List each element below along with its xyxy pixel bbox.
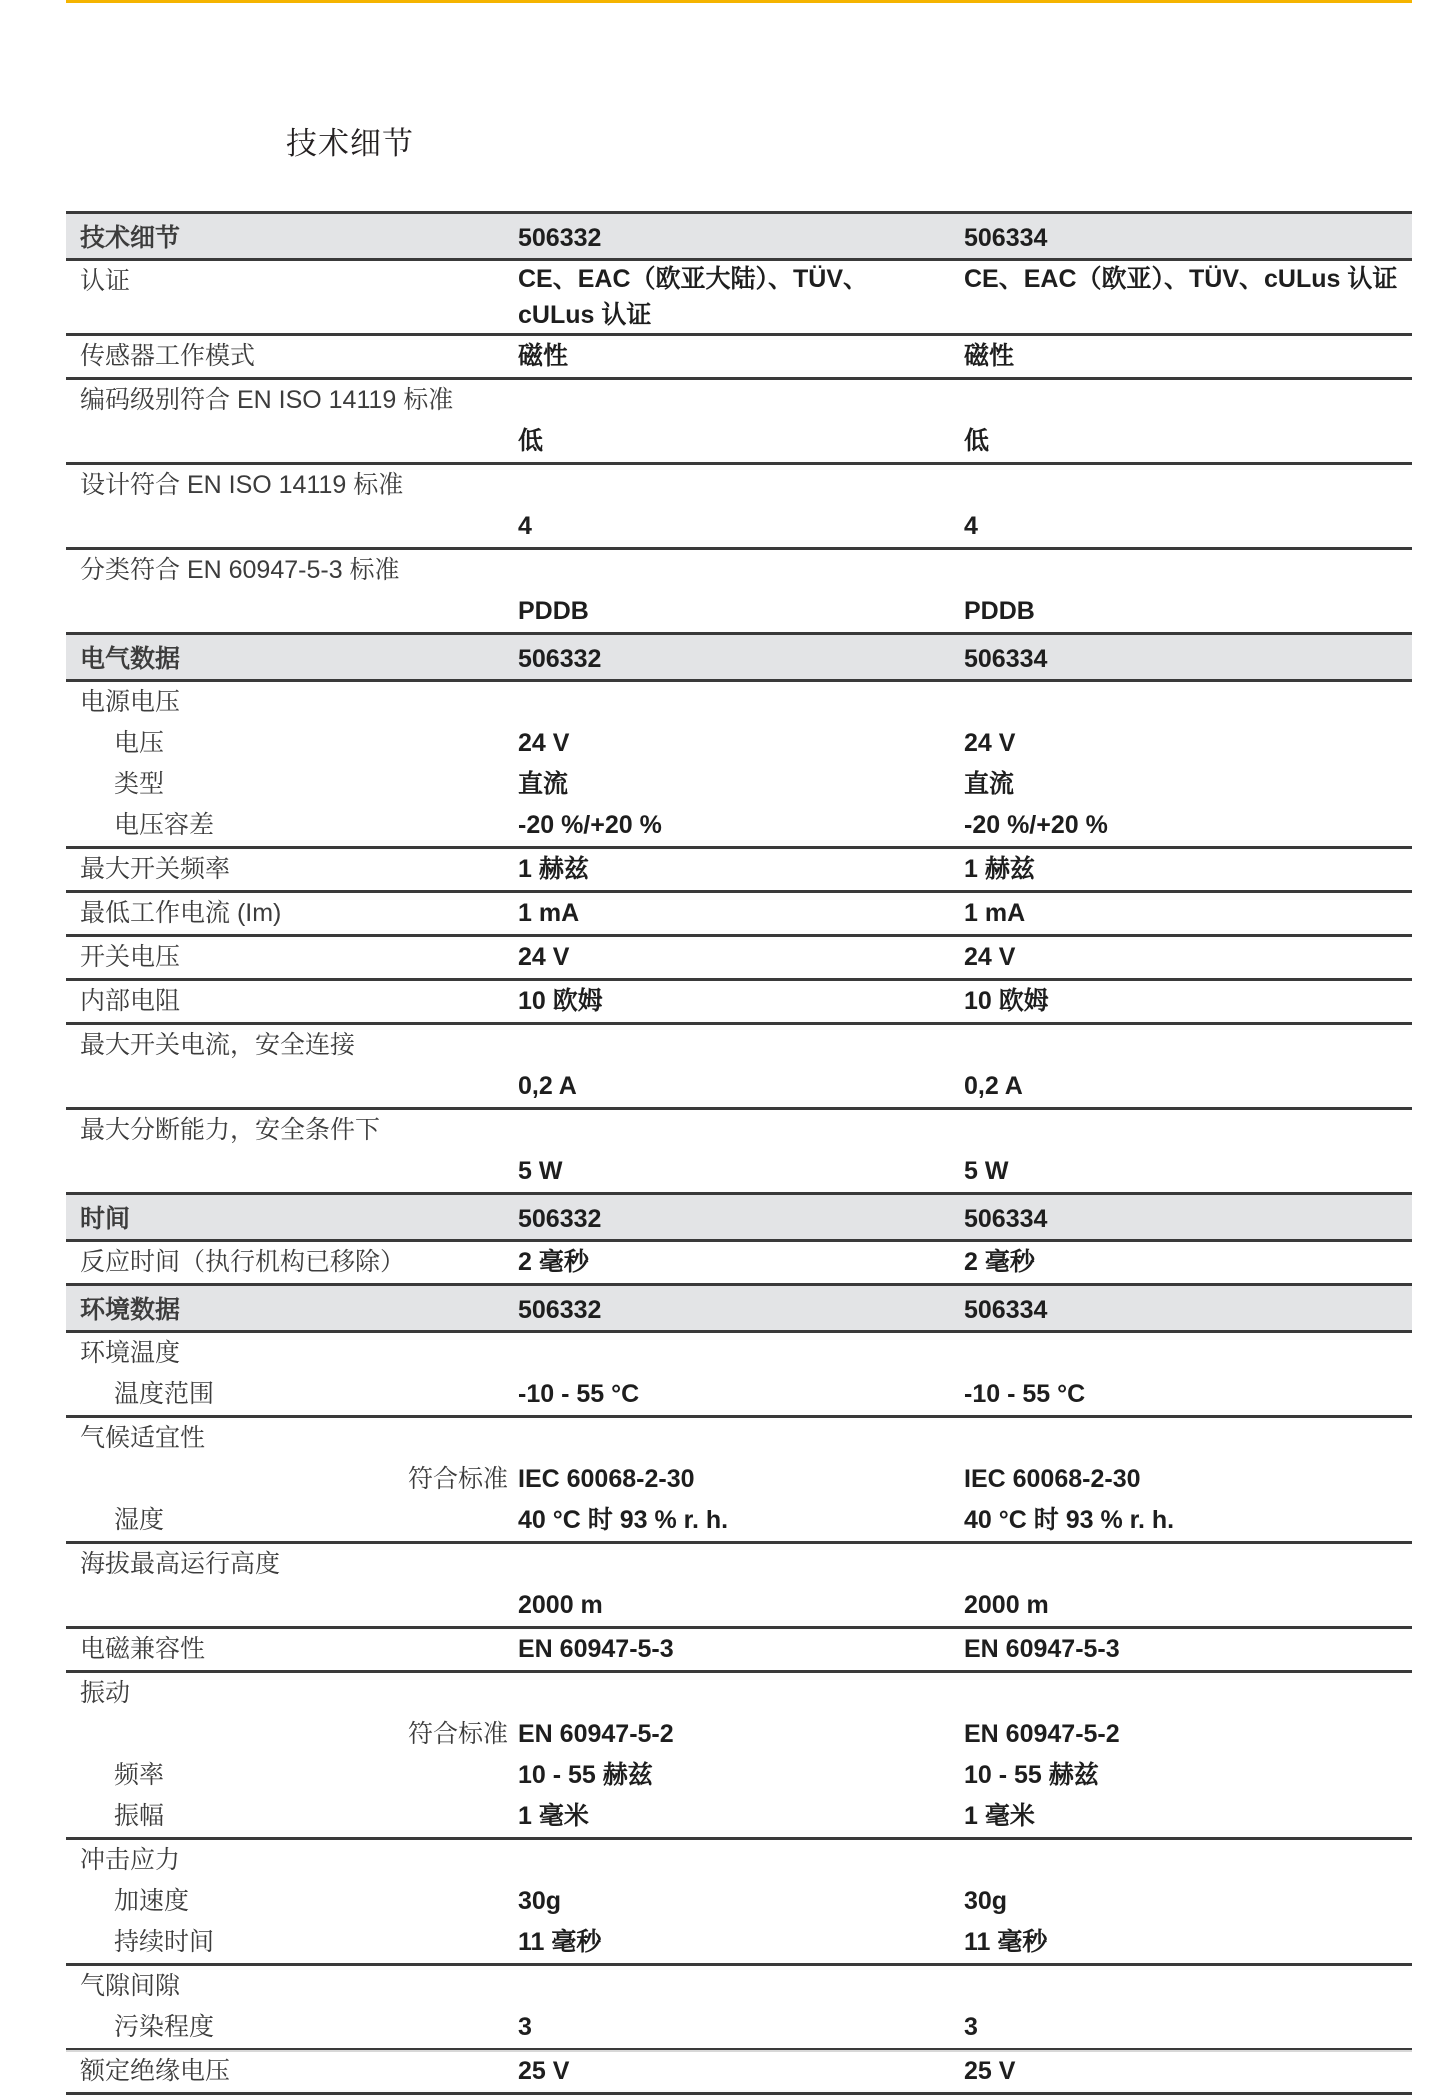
spec-label-cell: 环境温度温度范围 <box>66 1333 518 1415</box>
spec-value: -10 - 55 °C <box>964 1374 1412 1415</box>
spec-value: 25 V <box>964 2051 1412 2092</box>
spec-value-cell-506332: 1 mA <box>518 893 964 934</box>
spec-value-cell-506332: CE、EAC（欧亚大陆）、TÜV、cULus 认证 <box>518 261 964 333</box>
spec-value: 0,2 A <box>964 1066 1412 1107</box>
spec-value <box>518 1966 964 2007</box>
spec-value: 4 <box>964 506 1412 547</box>
spec-label: 电源电压 <box>80 682 518 723</box>
spec-label: 开关电压 <box>80 937 518 978</box>
spec-value: 磁性 <box>964 336 1412 377</box>
spec-value: 10 - 55 赫兹 <box>964 1755 1412 1796</box>
spec-value <box>518 1333 964 1374</box>
spec-value: 40 °C 时 93 % r. h. <box>964 1500 1412 1541</box>
spec-value-cell-506332: 低 <box>518 380 964 462</box>
spec-sublabel: 温度范围 <box>80 1374 518 1415</box>
spec-value: 磁性 <box>518 336 964 377</box>
spec-value: PDDB <box>964 591 1412 632</box>
spec-value: 2000 m <box>964 1585 1412 1626</box>
spec-value-cell-506332: 30g11 毫秒 <box>518 1840 964 1963</box>
spec-value: 低 <box>964 421 1412 462</box>
spec-label: 环境温度 <box>80 1333 518 1374</box>
spec-value-cell-506332: 2000 m <box>518 1544 964 1626</box>
spec-value: PDDB <box>518 591 964 632</box>
spec-row: 内部电阻10 欧姆10 欧姆 <box>66 981 1412 1025</box>
spec-label: 气隙间隙 <box>80 1966 518 2007</box>
spec-value <box>964 1673 1412 1714</box>
spec-value: 11 毫秒 <box>964 1922 1412 1963</box>
spec-label-cell: 电源电压电压类型电压容差 <box>66 682 518 846</box>
spec-value: 30g <box>964 1881 1412 1922</box>
spec-value-cell-506332: EN 60947-5-210 - 55 赫兹1 毫米 <box>518 1673 964 1837</box>
spec-value: 24 V <box>964 937 1412 978</box>
section-title: 电气数据 <box>80 635 518 679</box>
spec-label-cell: 分类符合 EN 60947-5-3 标准 <box>66 550 518 632</box>
spec-row: 设计符合 EN ISO 14119 标准44 <box>66 465 1412 550</box>
spec-label-cell: 反应时间（执行机构已移除） <box>66 1242 518 1283</box>
spec-value-cell-506334: -10 - 55 °C <box>964 1333 1412 1415</box>
bottom-rule <box>66 2050 1412 2052</box>
spec-label-cell: 最大分断能力，安全条件下 <box>66 1110 518 1192</box>
spec-value: IEC 60068-2-30 <box>518 1459 964 1500</box>
spec-value-cell-506334: 1 mA <box>964 893 1412 934</box>
spec-value <box>518 682 964 723</box>
spec-value <box>518 380 964 421</box>
spec-value: 30g <box>518 1881 964 1922</box>
spec-label-cell: 编码级别符合 EN ISO 14119 标准 <box>66 380 518 462</box>
spec-value <box>518 465 964 506</box>
spec-row: 反应时间（执行机构已移除）2 毫秒2 毫秒 <box>66 1242 1412 1286</box>
spec-label: 海拔最高运行高度 <box>80 1544 518 1585</box>
spec-value-cell-506332: 1 赫兹 <box>518 849 964 890</box>
spec-label: 编码级别符合 EN ISO 14119 标准 <box>80 380 518 421</box>
spec-label: 反应时间（执行机构已移除） <box>80 1242 518 1283</box>
spec-row: 开关电压24 V24 V <box>66 937 1412 981</box>
spec-row: 认证CE、EAC（欧亚大陆）、TÜV、cULus 认证CE、EAC（欧亚）、TÜ… <box>66 261 1412 336</box>
spec-value-cell-506334: 3 <box>964 1966 1412 2048</box>
spec-value: 10 欧姆 <box>518 981 964 1022</box>
spec-row: 海拔最高运行高度2000 m2000 m <box>66 1544 1412 1629</box>
spec-label <box>80 1585 518 1626</box>
product-column-header: 506332 <box>518 1286 964 1330</box>
spec-value: EN 60947-5-3 <box>518 1629 964 1670</box>
spec-value <box>964 1025 1412 1066</box>
spec-label-cell: 开关电压 <box>66 937 518 978</box>
spec-row: 气隙间隙污染程度33 <box>66 1966 1412 2051</box>
spec-sublabel: 频率 <box>80 1755 518 1796</box>
spec-row: 电源电压电压类型电压容差24 V直流-20 %/+20 %24 V直流-20 %… <box>66 682 1412 849</box>
section-header-row: 电气数据506332506334 <box>66 635 1412 682</box>
spec-value-cell-506334: 24 V直流-20 %/+20 % <box>964 682 1412 846</box>
spec-label-cell: 最大开关频率 <box>66 849 518 890</box>
spec-label: 冲击应力 <box>80 1840 518 1881</box>
spec-label-cell: 认证 <box>66 261 518 333</box>
product-column-header: 506332 <box>518 214 964 258</box>
spec-value: 1 mA <box>964 893 1412 934</box>
spec-label: 传感器工作模式 <box>80 336 518 377</box>
top-accent-rule <box>66 0 1412 3</box>
spec-value <box>518 1840 964 1881</box>
spec-row: 电磁兼容性EN 60947-5-3EN 60947-5-3 <box>66 1629 1412 1673</box>
spec-value-cell-506332: 0,2 A <box>518 1025 964 1107</box>
spec-row: 分类符合 EN 60947-5-3 标准PDDBPDDB <box>66 550 1412 635</box>
spec-label-cell: 气隙间隙污染程度 <box>66 1966 518 2048</box>
spec-label-cell: 海拔最高运行高度 <box>66 1544 518 1626</box>
spec-value-cell-506332: -10 - 55 °C <box>518 1333 964 1415</box>
spec-table: 技术细节506332506334认证CE、EAC（欧亚大陆）、TÜV、cULus… <box>66 211 1412 2095</box>
spec-label: 额定绝缘电压 <box>80 2051 518 2092</box>
spec-value <box>964 1840 1412 1881</box>
spec-value-cell-506334: EN 60947-5-210 - 55 赫兹1 毫米 <box>964 1673 1412 1837</box>
spec-value: IEC 60068-2-30 <box>964 1459 1412 1500</box>
section-title: 技术细节 <box>80 214 518 258</box>
spec-value <box>518 1110 964 1151</box>
spec-label: 符合标准 <box>80 1459 518 1500</box>
section-title: 环境数据 <box>80 1286 518 1330</box>
spec-label: 最大开关电流，安全连接 <box>80 1025 518 1066</box>
spec-value: 10 欧姆 <box>964 981 1412 1022</box>
spec-value <box>964 465 1412 506</box>
spec-value-cell-506332: IEC 60068-2-3040 °C 时 93 % r. h. <box>518 1418 964 1541</box>
spec-value-cell-506332: 4 <box>518 465 964 547</box>
spec-sublabel: 持续时间 <box>80 1922 518 1963</box>
spec-label-cell: 最低工作电流 (Im) <box>66 893 518 934</box>
spec-sublabel: 污染程度 <box>80 2007 518 2048</box>
spec-value: 1 mA <box>518 893 964 934</box>
spec-value: 24 V <box>964 723 1412 764</box>
spec-label <box>80 591 518 632</box>
spec-label-cell: 额定绝缘电压 <box>66 2051 518 2092</box>
spec-row: 振动符合标准频率振幅EN 60947-5-210 - 55 赫兹1 毫米EN 6… <box>66 1673 1412 1840</box>
spec-sublabel: 加速度 <box>80 1881 518 1922</box>
spec-label <box>80 421 518 462</box>
spec-value <box>964 1966 1412 2007</box>
spec-value: 24 V <box>518 937 964 978</box>
spec-value: CE、EAC（欧亚大陆）、TÜV、cULus 认证 <box>518 261 944 333</box>
spec-sublabel: 类型 <box>80 764 518 805</box>
spec-value-cell-506332: 磁性 <box>518 336 964 377</box>
spec-label: 振动 <box>80 1673 518 1714</box>
spec-value: 11 毫秒 <box>518 1922 964 1963</box>
spec-value <box>518 1673 964 1714</box>
product-column-header: 506332 <box>518 635 964 679</box>
spec-value: 1 赫兹 <box>518 849 964 890</box>
spec-value: 2 毫秒 <box>964 1242 1412 1283</box>
spec-value-cell-506332: 5 W <box>518 1110 964 1192</box>
spec-value: 0,2 A <box>518 1066 964 1107</box>
spec-value: 3 <box>518 2007 964 2048</box>
spec-value-cell-506334: 1 赫兹 <box>964 849 1412 890</box>
spec-value <box>964 380 1412 421</box>
spec-value-cell-506334: IEC 60068-2-3040 °C 时 93 % r. h. <box>964 1418 1412 1541</box>
spec-value <box>518 550 964 591</box>
spec-value: 3 <box>964 2007 1412 2048</box>
spec-label <box>80 1151 518 1192</box>
spec-label-cell: 气候适宜性符合标准湿度 <box>66 1418 518 1541</box>
product-column-header: 506334 <box>964 635 1412 679</box>
spec-value-cell-506332: EN 60947-5-3 <box>518 1629 964 1670</box>
spec-value <box>518 1025 964 1066</box>
page-title: 技术细节 <box>286 118 414 163</box>
spec-value-cell-506332: 10 欧姆 <box>518 981 964 1022</box>
spec-value-cell-506334: 4 <box>964 465 1412 547</box>
product-column-header: 506334 <box>964 214 1412 258</box>
spec-value-cell-506334: EN 60947-5-3 <box>964 1629 1412 1670</box>
spec-value-cell-506332: 2 毫秒 <box>518 1242 964 1283</box>
spec-label: 内部电阻 <box>80 981 518 1022</box>
spec-label <box>80 1066 518 1107</box>
spec-value-cell-506334: PDDB <box>964 550 1412 632</box>
spec-value <box>964 682 1412 723</box>
spec-value-cell-506334: 5 W <box>964 1110 1412 1192</box>
spec-label-cell: 冲击应力加速度持续时间 <box>66 1840 518 1963</box>
section-header-row: 时间506332506334 <box>66 1195 1412 1242</box>
spec-value: 1 毫米 <box>518 1796 964 1837</box>
spec-label: 分类符合 EN 60947-5-3 标准 <box>80 550 518 591</box>
spec-label-cell: 传感器工作模式 <box>66 336 518 377</box>
spec-label: 认证 <box>80 261 518 302</box>
spec-value: 1 毫米 <box>964 1796 1412 1837</box>
spec-value <box>964 550 1412 591</box>
product-column-header: 506334 <box>964 1286 1412 1330</box>
spec-value: 5 W <box>964 1151 1412 1192</box>
spec-value: 1 赫兹 <box>964 849 1412 890</box>
spec-value: CE、EAC（欧亚）、TÜV、cULus 认证 <box>964 261 1408 297</box>
spec-row: 最低工作电流 (Im)1 mA1 mA <box>66 893 1412 937</box>
spec-value: 直流 <box>518 764 964 805</box>
spec-value <box>964 1544 1412 1585</box>
spec-row: 最大开关电流，安全连接0,2 A0,2 A <box>66 1025 1412 1110</box>
spec-row: 环境温度温度范围-10 - 55 °C-10 - 55 °C <box>66 1333 1412 1418</box>
spec-label: 最低工作电流 (Im) <box>80 893 518 934</box>
spec-value-cell-506332: PDDB <box>518 550 964 632</box>
spec-value-cell-506334: CE、EAC（欧亚）、TÜV、cULus 认证 <box>964 261 1412 333</box>
spec-value: 直流 <box>964 764 1412 805</box>
spec-value <box>518 1544 964 1585</box>
spec-value: 40 °C 时 93 % r. h. <box>518 1500 964 1541</box>
spec-label: 设计符合 EN ISO 14119 标准 <box>80 465 518 506</box>
section-header-row: 技术细节506332506334 <box>66 214 1412 261</box>
spec-label: 气候适宜性 <box>80 1418 518 1459</box>
spec-value <box>964 1110 1412 1151</box>
spec-value: -20 %/+20 % <box>964 805 1412 846</box>
spec-value-cell-506332: 24 V <box>518 937 964 978</box>
spec-value-cell-506332: 25 V <box>518 2051 964 2092</box>
spec-value: 10 - 55 赫兹 <box>518 1755 964 1796</box>
spec-value: 5 W <box>518 1151 964 1192</box>
spec-row: 最大分断能力，安全条件下5 W5 W <box>66 1110 1412 1195</box>
section-title: 时间 <box>80 1195 518 1239</box>
spec-value <box>518 1418 964 1459</box>
product-column-header: 506332 <box>518 1195 964 1239</box>
spec-value-cell-506334: 30g11 毫秒 <box>964 1840 1412 1963</box>
spec-value-cell-506334: 10 欧姆 <box>964 981 1412 1022</box>
spec-sublabel: 振幅 <box>80 1796 518 1837</box>
spec-value: -10 - 55 °C <box>518 1374 964 1415</box>
product-column-header: 506334 <box>964 1195 1412 1239</box>
spec-value-cell-506334: 磁性 <box>964 336 1412 377</box>
spec-value-cell-506332: 24 V直流-20 %/+20 % <box>518 682 964 846</box>
spec-row: 编码级别符合 EN ISO 14119 标准低低 <box>66 380 1412 465</box>
spec-label: 符合标准 <box>80 1714 518 1755</box>
spec-value-cell-506334: 低 <box>964 380 1412 462</box>
spec-value: EN 60947-5-2 <box>964 1714 1412 1755</box>
spec-row: 额定绝缘电压25 V25 V <box>66 2051 1412 2095</box>
spec-value-cell-506334: 2 毫秒 <box>964 1242 1412 1283</box>
spec-sublabel: 电压容差 <box>80 805 518 846</box>
spec-value: 4 <box>518 506 964 547</box>
spec-value: EN 60947-5-3 <box>964 1629 1412 1670</box>
spec-label <box>80 506 518 547</box>
spec-label: 电磁兼容性 <box>80 1629 518 1670</box>
spec-value: 2000 m <box>518 1585 964 1626</box>
spec-sublabel: 湿度 <box>80 1500 518 1541</box>
spec-label: 最大开关频率 <box>80 849 518 890</box>
spec-row: 最大开关频率1 赫兹1 赫兹 <box>66 849 1412 893</box>
spec-value-cell-506334: 2000 m <box>964 1544 1412 1626</box>
spec-value-cell-506334: 0,2 A <box>964 1025 1412 1107</box>
spec-label: 最大分断能力，安全条件下 <box>80 1110 518 1151</box>
spec-value: -20 %/+20 % <box>518 805 964 846</box>
spec-label-cell: 内部电阻 <box>66 981 518 1022</box>
spec-label-cell: 电磁兼容性 <box>66 1629 518 1670</box>
spec-label-cell: 振动符合标准频率振幅 <box>66 1673 518 1837</box>
spec-value <box>964 1418 1412 1459</box>
spec-value-cell-506332: 3 <box>518 1966 964 2048</box>
spec-sublabel: 电压 <box>80 723 518 764</box>
spec-value-cell-506334: 24 V <box>964 937 1412 978</box>
spec-value: 2 毫秒 <box>518 1242 964 1283</box>
spec-label-cell: 设计符合 EN ISO 14119 标准 <box>66 465 518 547</box>
spec-value-cell-506334: 25 V <box>964 2051 1412 2092</box>
spec-value: 24 V <box>518 723 964 764</box>
spec-value <box>964 1333 1412 1374</box>
spec-value: EN 60947-5-2 <box>518 1714 964 1755</box>
spec-value: 低 <box>518 421 964 462</box>
spec-row: 冲击应力加速度持续时间30g11 毫秒30g11 毫秒 <box>66 1840 1412 1966</box>
spec-row: 气候适宜性符合标准湿度IEC 60068-2-3040 °C 时 93 % r.… <box>66 1418 1412 1544</box>
section-header-row: 环境数据506332506334 <box>66 1286 1412 1333</box>
spec-label-cell: 最大开关电流，安全连接 <box>66 1025 518 1107</box>
spec-row: 传感器工作模式磁性磁性 <box>66 336 1412 380</box>
spec-value: 25 V <box>518 2051 964 2092</box>
